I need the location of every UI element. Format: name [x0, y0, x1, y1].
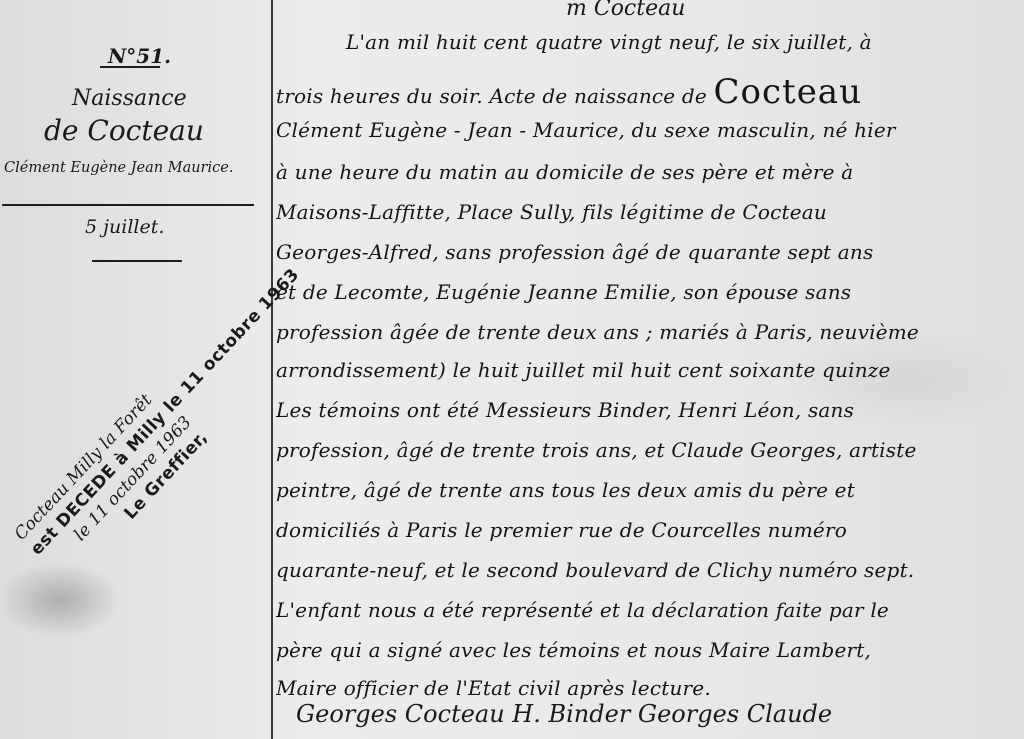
margin-given-names: Clément Eugène Jean Maurice. — [4, 160, 233, 176]
body-line: Clément Eugène - Jean - Maurice, du sexe… — [276, 118, 1024, 142]
body-line: profession âgée de trente deux ans ; mar… — [276, 320, 1024, 344]
body-line: L'an mil huit cent quatre vingt neuf, le… — [276, 30, 1024, 54]
signatures: Georges Cocteau H. Binder Georges Claude — [296, 700, 832, 728]
annotation-stamp: est DECEDE à Milly le 11 octobre 1963 — [26, 264, 304, 560]
body-line: quarante-neuf, et le second boulevard de… — [276, 558, 1024, 582]
body-line: à une heure du matin au domicile de ses … — [276, 160, 1024, 184]
body-line: L'enfant nous a été représenté et la déc… — [276, 598, 1024, 622]
body-line: Georges-Alfred, sans profession âgé de q… — [276, 240, 1024, 264]
body-line: père qui a signé avec les témoins et nou… — [276, 638, 1024, 662]
header-note: m Cocteau — [566, 0, 685, 21]
body-line: Maisons-Laffitte, Place Sully, fils légi… — [276, 200, 1024, 224]
margin-column: N°51. Naissance de Cocteau Clément Eugèn… — [0, 0, 270, 739]
body-line: peintre, âgé de trente ans tous les deux… — [276, 478, 1024, 502]
body-line: et de Lecomte, Eugénie Jeanne Emilie, so… — [276, 280, 1024, 304]
body-line: Les témoins ont été Messieurs Binder, He… — [276, 398, 1024, 422]
document-scan: N°51. Naissance de Cocteau Clément Eugèn… — [0, 0, 1024, 739]
divider — [92, 260, 182, 262]
surname-emphasis: Cocteau — [714, 72, 862, 112]
margin-date: 5 juillet. — [85, 216, 164, 238]
margin-surname: de Cocteau — [44, 114, 204, 147]
body-line: trois heures du soir. Acte de naissance … — [276, 72, 1024, 112]
body-line: Maire officier de l'Etat civil après lec… — [276, 676, 1024, 700]
body-line: arrondissement) le huit juillet mil huit… — [276, 358, 1024, 382]
record-number: N°51. — [108, 44, 171, 68]
margin-heading: Naissance — [72, 86, 187, 111]
divider — [2, 204, 254, 206]
divider — [100, 66, 160, 68]
record-body: m Cocteau L'an mil huit cent quatre ving… — [276, 0, 1024, 739]
body-line: profession, âgé de trente trois ans, et … — [276, 438, 1024, 462]
body-line: domiciliés à Paris le premier rue de Cou… — [276, 518, 1024, 542]
